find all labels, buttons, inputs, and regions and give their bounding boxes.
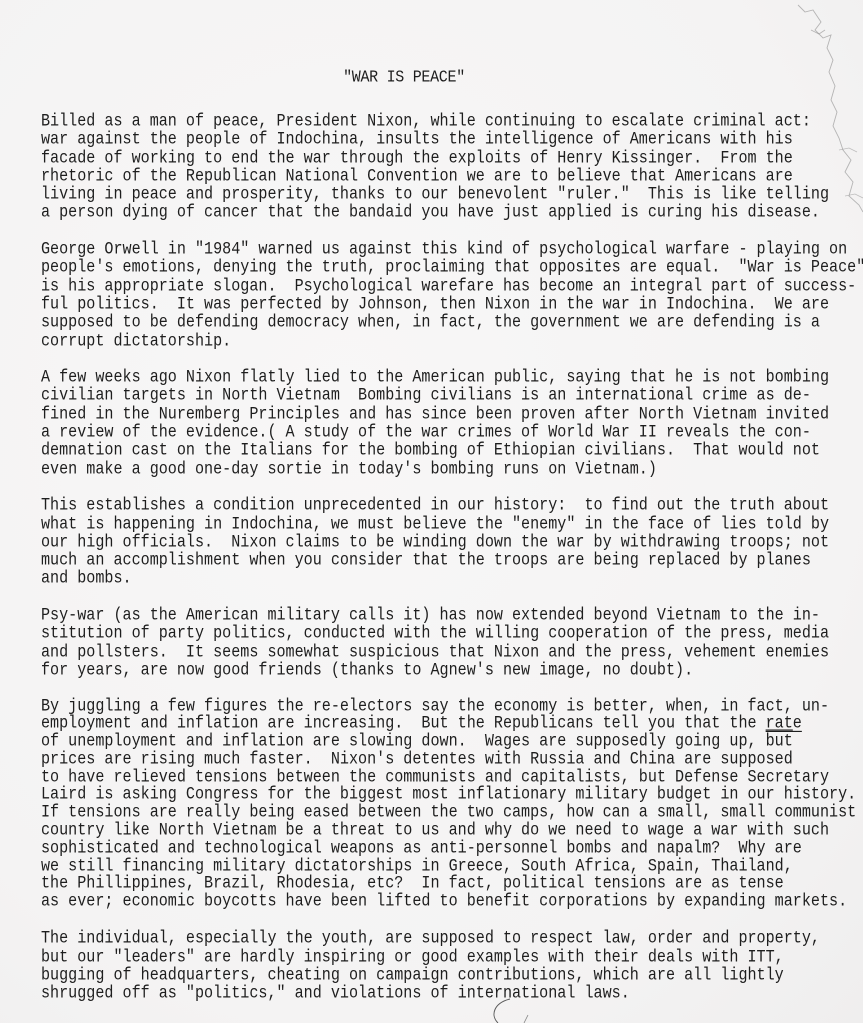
- text-line: even make a good one-day sortie in today…: [41, 458, 841, 479]
- scanned-page: "WAR IS PEACE" Billed as a man of peace,…: [0, 0, 863, 1023]
- text-line: for years, are now good friends (thanks …: [41, 660, 841, 681]
- paragraph-2: George Orwell in "1984" warned us agains…: [41, 240, 841, 350]
- document-body: Billed as a man of peace, President Nixo…: [41, 112, 841, 1021]
- text-line: and bombs.: [41, 568, 841, 589]
- paragraph-7: The individual, especially the youth, ar…: [41, 929, 841, 1002]
- paragraph-6: By juggling a few figures the re-elector…: [41, 698, 841, 912]
- text-line: This establishes a condition unprecedent…: [41, 495, 841, 516]
- document-title: "WAR IS PEACE": [0, 68, 808, 87]
- paragraph-3: A few weeks ago Nixon flatly lied to the…: [41, 368, 841, 478]
- text-line: corrupt dictatorship.: [41, 330, 841, 351]
- paragraph-1: Billed as a man of peace, President Nixo…: [41, 112, 841, 222]
- paragraph-4: This establishes a condition unprecedent…: [41, 496, 841, 587]
- text-line: a person dying of cancer that the bandai…: [41, 202, 841, 223]
- text-line: as ever; economic boycotts have been lif…: [41, 892, 841, 912]
- text-line: shrugged off as "politics," and violatio…: [41, 983, 841, 1004]
- paragraph-5: Psy-war (as the American military calls …: [41, 606, 841, 679]
- text-line: supposed to be defending democracy when,…: [41, 312, 841, 333]
